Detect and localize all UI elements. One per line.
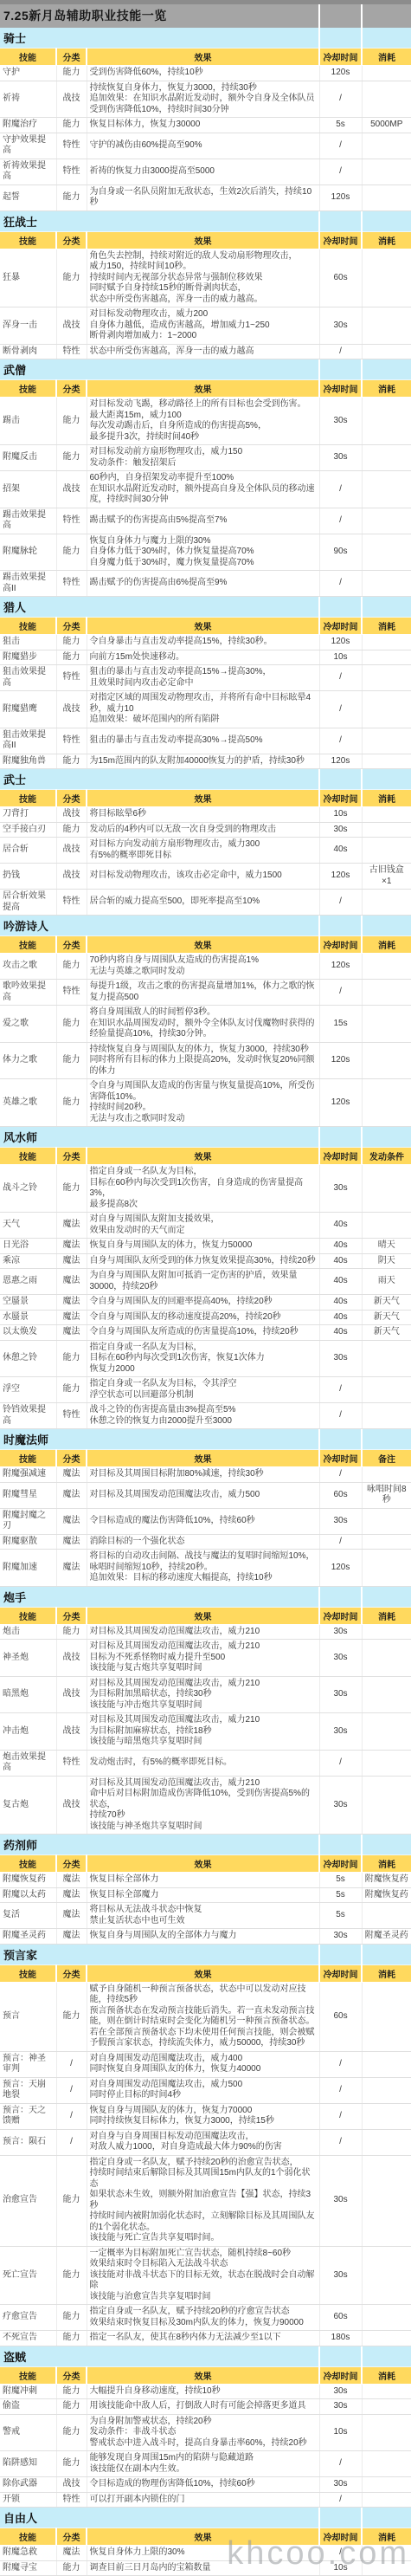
skill-name-cell: 踢击效果提高 (0, 508, 56, 534)
col-header-extra: 消耗 (362, 618, 411, 635)
category-cell: 能力 (56, 822, 87, 838)
col-header-skill: 技能 (0, 790, 56, 807)
extra-cell (362, 890, 411, 916)
effect-cell: 对目标及其周围发动范围魔法攻击，威力210 命中后对目标附加造成伤害降低10%，… (87, 1776, 319, 1835)
extra-cell (362, 1467, 411, 1483)
extra-cell: 5000MP (362, 118, 411, 133)
cooldown-cell: 40s (319, 1269, 362, 1295)
skill-name-cell: 日光浴 (0, 1239, 56, 1254)
category-cell: 特性 (56, 665, 87, 691)
effect-cell: 令自身与周围队友所造成的伤害量提高10%，持续20秒 (87, 1325, 319, 1341)
cooldown-cell: 5s (319, 1873, 362, 1888)
effect-cell: 为自身或一名队员附加无敌状态，生效2次后消失，持续10秒 (87, 184, 319, 210)
category-cell: 魔法 (56, 1467, 87, 1483)
col-header-skill: 技能 (0, 1148, 56, 1165)
effect-cell: 对指定区域的周围发动物理攻击，并将所有命中目标眩晕4秒，威力10 追加效果：破坏… (87, 691, 319, 728)
col-header-category: 分类 (56, 618, 87, 635)
skill-name-cell: 附魔冲刺 (0, 2384, 56, 2399)
table-row: 神圣炮战技对目标及其周围发动范围魔法攻击，威力210 目标为不死系怪物时威力提升… (0, 1640, 411, 1677)
category-cell: 能力 (56, 2399, 87, 2415)
skill-name-cell: 扔钱 (0, 864, 56, 890)
job-section-title: 武士 (0, 769, 319, 790)
table-row: 死亡宣告能力一定概率为目标附加死亡宣告状态，随机持续8~60秒 效果结束时令目标… (0, 2246, 411, 2305)
skill-name-cell: 祈祷效果提高 (0, 159, 56, 184)
col-header-skill: 技能 (0, 1964, 56, 1982)
extra-cell (362, 2129, 411, 2155)
extra-cell: 附魔恢复药 (362, 1873, 411, 1888)
table-row: 乘凉魔法自身与周围队友所受到的体力恢复效果提高30%，持续20秒40s阴天 (0, 1253, 411, 1269)
job-section-title-spacer (319, 28, 362, 49)
effect-cell: 踢击赋予的伤害提高由5%提高至7% (87, 508, 319, 534)
effect-cell: 调查目前三日月岛内的宝箱数量 (87, 2560, 319, 2576)
extra-cell (362, 1982, 411, 2051)
job-section-title: 狂战士 (0, 211, 319, 232)
category-cell: 能力 (56, 2305, 87, 2331)
category-cell: / (56, 2103, 87, 2129)
extra-cell: 附魔恢复药 (362, 1887, 411, 1903)
table-row: 偷盗能力用该技能命中敌人后，打倒敌人时有可能会掉落更多道具30s (0, 2399, 411, 2415)
effect-cell: 能够发现自身周围15m内的陷阱与隐藏道路 该技能仅在副本内生效。 (87, 2451, 319, 2477)
table-row: 日光浴魔法恢复自身与周围队友的体力，恢复力5000040s晴天 (0, 1239, 411, 1254)
category-cell: 魔法 (56, 1550, 87, 1587)
category-cell: / (56, 2077, 87, 2103)
category-cell: 魔法 (56, 1929, 87, 1945)
col-header-extra: 消耗 (362, 1964, 411, 1982)
job-section-title-spacer (319, 359, 362, 380)
effect-cell: 祈祷的恢复力由3000提高至5000 (87, 159, 319, 184)
col-header-extra: 消耗 (362, 2528, 411, 2546)
skill-name-cell: 附魔封魔之刃 (0, 1508, 56, 1534)
col-header-extra: 消耗 (362, 1607, 411, 1624)
skill-name-cell: 爱之歌 (0, 1006, 56, 1043)
column-header-row: 技能分类效果冷却时间消耗 (0, 936, 411, 954)
cooldown-cell: / (319, 1377, 362, 1403)
extra-cell (362, 1676, 411, 1713)
table-row: 预言：天之馈赠/恢复自身与周围队友的体力，恢复力70000 同时持续恢复目标体力… (0, 2103, 411, 2129)
table-row: 附魔猎鹰战技对指定区域的周围发动物理攻击，并将所有命中目标眩晕4秒，威力10 追… (0, 691, 411, 728)
extra-cell (362, 445, 411, 471)
col-header-cooldown: 冷却时间 (319, 1855, 362, 1873)
category-cell: 特性 (56, 728, 87, 754)
extra-cell (362, 728, 411, 754)
extra-cell (362, 1079, 411, 1127)
job-section-title-row: 狂战士 (0, 211, 411, 232)
category-cell: 魔法 (56, 1239, 87, 1254)
job-section-title-spacer (362, 1127, 411, 1148)
job-section-title-row: 预言家 (0, 1945, 411, 1965)
category-cell: 能力 (56, 534, 87, 571)
effect-cell: 战斗之铃的伤害提高量由3%提高至5% 休憩之铃的恢复力由2000提升至3000 (87, 1403, 319, 1429)
extra-cell (362, 1903, 411, 1929)
category-cell: 战技 (56, 838, 87, 864)
category-cell: 特性 (56, 159, 87, 184)
cooldown-cell: / (319, 980, 362, 1006)
skill-name-cell: 乘凉 (0, 1253, 56, 1269)
extra-cell: 新天气 (362, 1295, 411, 1311)
table-row: 狂暴能力角色失去控制，持续对附近的敌人发动扇形物理攻击， 威力150，持续时间1… (0, 249, 411, 307)
cooldown-cell: 40s (319, 838, 362, 864)
skill-name-cell: 恩惠之雨 (0, 1269, 56, 1295)
job-section-title: 盗贼 (0, 2346, 319, 2367)
category-cell: 能力 (56, 1042, 87, 1079)
col-header-effect: 效果 (87, 1855, 319, 1873)
cooldown-cell: 5s (319, 1887, 362, 1903)
effect-cell: 对目标方向发动前方扇形物理攻击，威力300 有5%的概率即死目标 (87, 838, 319, 864)
job-section-title-row: 风水师 (0, 1127, 411, 1148)
job-section-title-row: 时魔法师 (0, 1429, 411, 1450)
cooldown-cell: 40s (319, 1295, 362, 1311)
effect-cell: 令目标造成的魔法伤害降低10%，持续60秒 (87, 1508, 319, 1534)
effect-cell: 恢复自身体力上限的30% (87, 2546, 319, 2561)
col-header-cooldown: 冷却时间 (319, 1148, 362, 1165)
cooldown-cell: 180s (319, 2331, 362, 2346)
extra-cell (362, 1550, 411, 1587)
skill-name-cell: 复活 (0, 1903, 56, 1929)
category-cell: 能力 (56, 754, 87, 769)
table-row: 附魔反击能力对目标发动前方扇形物理攻击，威力150 发动条件：触发招架后30s (0, 445, 411, 471)
effect-cell: 大幅提升自身移动速度，持续10秒 (87, 2384, 319, 2399)
skill-name-cell: 开锁 (0, 2492, 56, 2508)
column-header-row: 技能分类效果冷却时间消耗 (0, 2366, 411, 2384)
job-section-3: 猎人技能分类效果冷却时间消耗狙击能力令自身暴击与直击发动率提高15%，持续30秒… (0, 597, 411, 769)
effect-cell: 发动炮击时，有5%的概率即死目标。 (87, 1750, 319, 1776)
effect-cell: 一定概率为目标附加死亡宣告状态，随机持续8~60秒 效果结束时令目标陷入无法战斗… (87, 2246, 319, 2305)
col-header-skill: 技能 (0, 49, 56, 66)
skill-name-cell: 守护 (0, 66, 56, 81)
col-header-category: 分类 (56, 231, 87, 249)
category-cell: 魔法 (56, 1310, 87, 1325)
col-header-cooldown: 冷却时间 (319, 380, 362, 398)
skill-name-cell: 踢击效果提高II (0, 571, 56, 597)
category-cell: 能力 (56, 398, 87, 445)
job-section-title: 自由人 (0, 2508, 319, 2528)
effect-cell: 对目标发动飞踢，移动路径上的所有目标也会受到伤害。 最大距离15m，威力100 … (87, 398, 319, 445)
skill-name-cell: 附魔独角兽 (0, 754, 56, 769)
cooldown-cell: 30s (319, 2155, 362, 2246)
cooldown-cell: / (319, 2451, 362, 2477)
effect-cell: 将目标的自动攻击间隔、战技与魔法的复唱时间缩短10%， 咏唱时间缩短10秒，持续… (87, 1550, 319, 1587)
cooldown-cell: / (319, 2546, 362, 2561)
category-cell: 特性 (56, 1750, 87, 1776)
col-header-extra: 消耗 (362, 231, 411, 249)
category-cell: 能力 (56, 1079, 87, 1127)
col-header-extra: 发动条件 (362, 1148, 411, 1165)
skill-name-cell: 附魔治疗 (0, 118, 56, 133)
table-row: 起誓能力为自身或一名队员附加无敌状态，生效2次后消失，持续10秒120s (0, 184, 411, 210)
table-row: 浑身一击战技对目标发动物理攻击，威力200 自身体力越低，造成伤害越高，增加威力… (0, 307, 411, 345)
category-cell: 战技 (56, 864, 87, 890)
col-header-skill: 技能 (0, 2366, 56, 2384)
category-cell: / (56, 2051, 87, 2077)
category-cell: 特性 (56, 890, 87, 916)
category-cell: 魔法 (56, 1269, 87, 1295)
job-section-title-spacer (362, 597, 411, 618)
effect-cell: 为15m范围内的队友附加40000恢复力的护盾，持续30秒 (87, 754, 319, 769)
table-row: 空手接白刃能力发动后的4秒内可以无敌一次自身受到的物理攻击30s (0, 822, 411, 838)
cooldown-cell: 120s (319, 1079, 362, 1127)
effect-cell: 守护的减伤由60%提高至90% (87, 133, 319, 159)
skill-name-cell: 狙击 (0, 635, 56, 650)
skill-name-cell: 附魔猎鹰 (0, 691, 56, 728)
col-header-skill: 技能 (0, 936, 56, 954)
col-header-skill: 技能 (0, 1855, 56, 1873)
table-row: 踢击效果提高II特性踢击赋予的伤害提高由6%提高至9%/ (0, 571, 411, 597)
extra-cell (362, 954, 411, 980)
skill-name-cell: 附魔驱散 (0, 1534, 56, 1550)
extra-cell (362, 1508, 411, 1534)
job-section-title-row: 武僧 (0, 359, 411, 380)
skill-name-cell: 守护效果提高 (0, 133, 56, 159)
cooldown-cell: 30s (319, 1713, 362, 1751)
extra-cell (362, 1776, 411, 1835)
col-header-extra: 备注 (362, 1450, 411, 1467)
cooldown-cell: 60s (319, 1982, 362, 2051)
skill-name-cell: 歌吟效果提高 (0, 980, 56, 1006)
cooldown-cell: 30s (319, 1624, 362, 1640)
effect-cell: 指定自身或一名队友，赋予持续20秒的疗愈宣告状态 效果结束时恢复目标及30m内队… (87, 2305, 319, 2331)
category-cell: 战技 (56, 807, 87, 823)
category-cell: 能力 (56, 1982, 87, 2051)
cooldown-cell: 60s (319, 1482, 362, 1508)
cooldown-cell: / (319, 81, 362, 118)
table-row: 附魔强减速魔法对目标及其周围目标附加80%减速，持续30秒/ (0, 1467, 411, 1483)
effect-cell: 令目标造成的物理伤害降低10%，持续60秒 (87, 2477, 319, 2493)
cooldown-cell: 40s (319, 1253, 362, 1269)
category-cell: 特性 (56, 571, 87, 597)
col-header-category: 分类 (56, 1607, 87, 1624)
category-cell: 能力 (56, 184, 87, 210)
job-section-title-spacer (319, 1587, 362, 1608)
extra-cell (362, 754, 411, 769)
table-row: 警戒能力为自身附加警戒状态，持续20秒 发动条件：非战斗状态 警戒状态中进入战斗… (0, 2414, 411, 2451)
table-row: 附魔独角兽能力为15m范围内的队友附加40000恢复力的护盾，持续30秒120s (0, 754, 411, 769)
table-row: 刀背打战技将目标眩晕6秒10s (0, 807, 411, 823)
table-row: 断骨剥肉特性状态中所受伤害越高，浑身一击的威力越高/ (0, 344, 411, 359)
cooldown-cell: 40s (319, 1310, 362, 1325)
effect-cell: 狙击的暴击与直击发动率提高30%→提高50% (87, 728, 319, 754)
job-section-0: 骑士技能分类效果冷却时间消耗守护能力受到伤害降低60%，持续10秒120s祈祷战… (0, 28, 411, 211)
category-cell: 能力 (56, 2414, 87, 2451)
category-cell: 能力 (56, 2451, 87, 2477)
skill-name-cell: 铃铛效果提高 (0, 1403, 56, 1429)
table-row: 扔钱战技对目标发动物理攻击，该攻击必定命中，威力1500120s古旧钱盒×1 (0, 864, 411, 890)
job-section-title-spacer (319, 769, 362, 790)
job-section-title-spacer (319, 1127, 362, 1148)
cooldown-cell: 60s (319, 249, 362, 307)
extra-cell (362, 1534, 411, 1550)
extra-cell: 雨天 (362, 1269, 411, 1295)
extra-cell (362, 1213, 411, 1239)
skill-name-cell: 除你武器 (0, 2477, 56, 2493)
category-cell: 能力 (56, 445, 87, 471)
skill-name-cell: 疗愈宣告 (0, 2305, 56, 2331)
category-cell: 能力 (56, 1624, 87, 1640)
job-section-title-spacer (362, 1835, 411, 1855)
category-cell: 能力 (56, 118, 87, 133)
job-section-8: 炮手技能分类效果冷却时间消耗炮击能力对目标及其周围发动范围魔法攻击，威力2103… (0, 1587, 411, 1835)
job-section-1: 狂战士技能分类效果冷却时间消耗狂暴能力角色失去控制，持续对附近的敌人发动扇形物理… (0, 211, 411, 360)
job-section-title: 药剂师 (0, 1835, 319, 1855)
effect-cell: 对目标发动物理攻击，该攻击必定命中，威力1500 (87, 864, 319, 890)
col-header-effect: 效果 (87, 1607, 319, 1624)
effect-cell: 对目标发动前方扇形物理攻击，威力150 发动条件：触发招架后 (87, 445, 319, 471)
effect-cell: 对自身周围发动范围魔法攻击，威力400 同时恢复自身周围队友的体力，恢复力400… (87, 2051, 319, 2077)
category-cell: 战技 (56, 1640, 87, 1677)
cooldown-cell: / (319, 1467, 362, 1483)
column-header-row: 技能分类效果冷却时间发动条件 (0, 1148, 411, 1165)
category-cell: 能力 (56, 954, 87, 980)
category-cell: 能力 (56, 249, 87, 307)
extra-cell (362, 2451, 411, 2477)
table-row: 附魔脉轮能力恢复自身体力与魔力上限的30% 自身体力低于30%时，体力恢复量提高… (0, 534, 411, 571)
extra-cell (362, 571, 411, 597)
extra-cell (362, 2492, 411, 2508)
table-row: 体力之歌能力持续恢复自身与周围队友的体力，恢复力3000，持续30秒 同时将所有… (0, 1042, 411, 1079)
job-section-title-spacer (362, 769, 411, 790)
category-cell: / (56, 2129, 87, 2155)
col-header-skill: 技能 (0, 2528, 56, 2546)
job-section-title-spacer (362, 359, 411, 380)
skill-name-cell: 炮击效果提高 (0, 1750, 56, 1776)
effect-cell: 恢复自身与周围队友的体力，恢复力70000 同时持续恢复目标体力，恢复力3000… (87, 2103, 319, 2129)
skill-table: 骑士技能分类效果冷却时间消耗守护能力受到伤害降低60%，持续10秒120s祈祷战… (0, 28, 411, 2576)
col-header-cooldown: 冷却时间 (319, 49, 362, 66)
table-row: 祈祷战技持续恢复自身体力，恢复力3000，持续30秒 追加效果：在知识水晶附近发… (0, 81, 411, 118)
job-section-title-row: 猎人 (0, 597, 411, 618)
skill-name-cell: 治愈宣告 (0, 2155, 56, 2246)
extra-cell (362, 534, 411, 571)
skill-name-cell: 断骨剥肉 (0, 344, 56, 359)
effect-cell: 每提升1级，攻击之歌的伤害提高量增加1%，体力之歌的恢复力提高500 (87, 980, 319, 1006)
table-row: 附魔冲刺能力大幅提升自身移动速度，持续10秒30s (0, 2384, 411, 2399)
category-cell: 特性 (56, 508, 87, 534)
cooldown-cell: 30s (319, 2477, 362, 2493)
cooldown-cell: / (319, 2129, 362, 2155)
job-section-12: 自由人技能分类效果冷却时间消耗附魔急救魔法恢复自身体力上限的30%/附魔寻宝能力… (0, 2508, 411, 2576)
table-row: 附魔猎步能力向前方15m处快速移动。10s (0, 650, 411, 665)
extra-cell (362, 1165, 411, 1213)
skill-name-cell: 天气 (0, 1213, 56, 1239)
extra-cell: 新天气 (362, 1310, 411, 1325)
cooldown-cell: 30s (319, 445, 362, 471)
category-cell: 战技 (56, 307, 87, 345)
category-cell: 魔法 (56, 1534, 87, 1550)
table-row: 守护效果提高特性守护的减伤由60%提高至90%/ (0, 133, 411, 159)
col-header-category: 分类 (56, 49, 87, 66)
effect-cell: 对目标及其周围发动范围魔法攻击，威力210 目标为不死系怪物时威力提升至500 … (87, 1640, 319, 1677)
cooldown-cell: 10s (319, 807, 362, 823)
col-header-category: 分类 (56, 1148, 87, 1165)
job-section-title-row: 盗贼 (0, 2346, 411, 2367)
category-cell: 能力 (56, 2384, 87, 2399)
cooldown-cell: 120s (319, 184, 362, 210)
category-cell: 魔法 (56, 1482, 87, 1508)
column-header-row: 技能分类效果冷却时间消耗 (0, 1607, 411, 1624)
category-cell: 能力 (56, 1377, 87, 1403)
col-header-category: 分类 (56, 2528, 87, 2546)
extra-cell (362, 1750, 411, 1776)
skill-name-cell: 不死宣告 (0, 2331, 56, 2346)
category-cell: 能力 (56, 2331, 87, 2346)
cooldown-cell: 10s (319, 2560, 362, 2576)
effect-cell: 受到伤害降低60%，持续10秒 (87, 66, 319, 81)
effect-cell: 为自身与周围队友附加可抵消一定伤害的护盾，效果量30000，持续20秒 (87, 1269, 319, 1295)
table-row: 祈祷效果提高特性祈祷的恢复力由3000提高至5000/ (0, 159, 411, 184)
skill-name-cell: 浑身一击 (0, 307, 56, 345)
skill-name-cell: 狙击效果提高 (0, 665, 56, 691)
column-header-row: 技能分类效果冷却时间消耗 (0, 790, 411, 807)
cooldown-cell: / (319, 2051, 362, 2077)
col-header-category: 分类 (56, 2366, 87, 2384)
col-header-category: 分类 (56, 1964, 87, 1982)
category-cell: 战技 (56, 1776, 87, 1835)
effect-cell: 将自身周围敌人的时间暂停3秒。 在知识水晶周围发动时，额外令全体队友讨伐魔物时获… (87, 1006, 319, 1043)
col-header-skill: 技能 (0, 618, 56, 635)
job-section-title-row: 骑士 (0, 28, 411, 49)
col-header-category: 分类 (56, 936, 87, 954)
table-row: 陷阱感知能力能够发现自身周围15m内的陷阱与隐藏道路 该技能仅在副本内生效。/ (0, 2451, 411, 2477)
effect-cell: 用该技能命中敌人后，打倒敌人时有可能会掉落更多道具 (87, 2399, 319, 2415)
extra-cell (362, 1403, 411, 1429)
effect-cell: 向前方15m处快速移动。 (87, 650, 319, 665)
extra-cell (362, 307, 411, 345)
category-cell: 魔法 (56, 2546, 87, 2561)
extra-cell (362, 1340, 411, 1377)
category-cell: 战技 (56, 81, 87, 118)
skill-name-cell: 暗黑炮 (0, 1676, 56, 1713)
col-header-cooldown: 冷却时间 (319, 2528, 362, 2546)
job-section-title-spacer (319, 1429, 362, 1450)
extra-cell (362, 133, 411, 159)
table-row: 预言：陨石/对自身与自身周围目标发动范围魔法攻击， 对敌人威力1000，对自身造… (0, 2129, 411, 2155)
cooldown-cell: / (319, 2103, 362, 2129)
effect-cell: 可以打开副本内锁住的门 (87, 2492, 319, 2508)
extra-cell (362, 1042, 411, 1079)
job-section-title-spacer (319, 211, 362, 232)
skill-name-cell: 以太焕发 (0, 1325, 56, 1341)
cooldown-cell: 30s (319, 1640, 362, 1677)
extra-cell: 古旧钱盒×1 (362, 864, 411, 890)
cooldown-cell: 30s (319, 1929, 362, 1945)
skill-name-cell: 预言：天之馈赠 (0, 2103, 56, 2129)
table-row: 附魔以太药魔法恢复目标全部魔力5s附魔恢复药 (0, 1887, 411, 1903)
cooldown-cell: 30s (319, 822, 362, 838)
table-row: 附魔急救魔法恢复自身体力上限的30%/ (0, 2546, 411, 2561)
job-section-title-spacer (319, 1945, 362, 1965)
skill-name-cell: 狂暴 (0, 249, 56, 307)
extra-cell: 新天气 (362, 1325, 411, 1341)
effect-cell: 令自身与周围队友的移动速度提高20%，持续20秒 (87, 1310, 319, 1325)
category-cell: 能力 (56, 635, 87, 650)
skill-name-cell: 英雄之歌 (0, 1079, 56, 1127)
skill-name-cell: 警戒 (0, 2414, 56, 2451)
category-cell: 能力 (56, 66, 87, 81)
effect-cell: 居合斩的威力提高至500，即死率提高至10% (87, 890, 319, 916)
effect-cell: 恢复自身体力与魔力上限的30% 自身体力低于30%时，体力恢复量提高70% 自身… (87, 534, 319, 571)
job-section-title: 吟游诗人 (0, 916, 319, 936)
column-header-row: 技能分类效果冷却时间消耗 (0, 1855, 411, 1873)
extra-cell (362, 635, 411, 650)
job-section-title-row: 吟游诗人 (0, 916, 411, 936)
effect-cell: 指定自身或一名队友，赋予持续20秒的治愈宣告状态， 持续时间结束后解除目标及其周… (87, 2155, 319, 2246)
cooldown-cell: / (319, 344, 362, 359)
col-header-skill: 技能 (0, 231, 56, 249)
job-section-title-spacer (362, 28, 411, 49)
category-cell: 战技 (56, 2477, 87, 2493)
extra-cell (362, 1006, 411, 1043)
skill-name-cell: 附魔彗星 (0, 1482, 56, 1508)
cooldown-cell: 5s (319, 118, 362, 133)
